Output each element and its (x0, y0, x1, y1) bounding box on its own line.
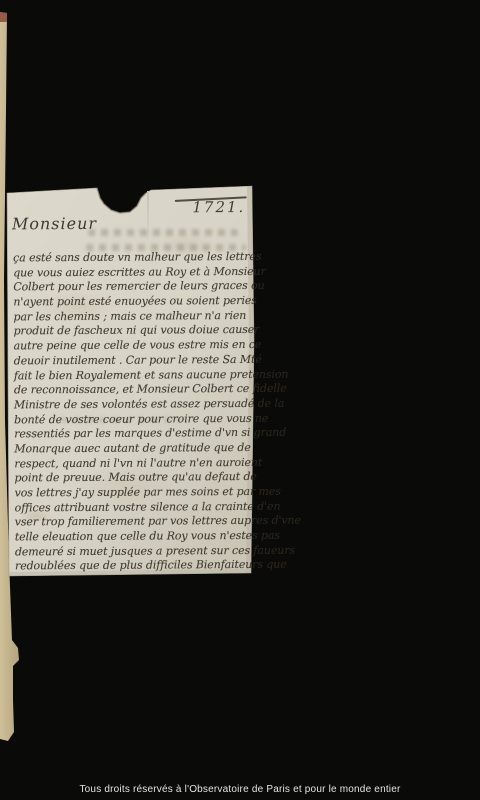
ink-showthrough (88, 229, 238, 236)
ink-showthrough (86, 244, 246, 251)
book-edge-cap (0, 12, 7, 22)
ink-showthrough (60, 417, 180, 423)
scan-shapes (0, 0, 480, 800)
scan-background: 1721. Monsieur ça esté sans doute vn mal… (0, 0, 480, 800)
copyright-caption: Tous droits réservés à l'Observatoire de… (0, 784, 480, 798)
